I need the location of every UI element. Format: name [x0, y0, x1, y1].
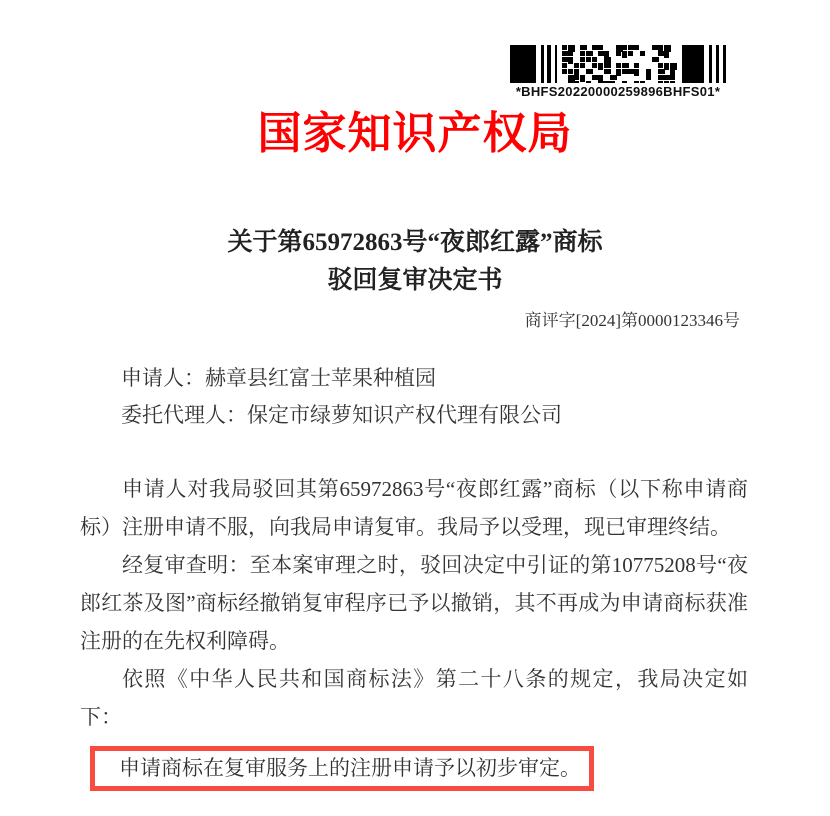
- document-title-line1: 关于第65972863号“夜郎红露”商标: [0, 224, 830, 262]
- body-paragraph-1: 申请人对我局驳回其第65972863号“夜郎红露”商标（以下称申请商标）注册申请…: [80, 470, 748, 546]
- agency-title: 国家知识产权局: [0, 106, 830, 162]
- applicant-value: 赫章县红富士苹果种植园: [205, 366, 436, 390]
- decision-highlight-box: 申请商标在复审服务上的注册申请予以初步审定。: [90, 746, 594, 791]
- parties-section: 申请人：赫章县红富士苹果种植园 委托代理人：保定市绿萝知识产权代理有限公司: [121, 360, 562, 434]
- document-title: 关于第65972863号“夜郎红露”商标 驳回复审决定书: [0, 224, 830, 300]
- barcode-graphic: [510, 45, 726, 83]
- body-paragraph-2: 经复审查明：至本案审理之时，驳回决定中引证的第10775208号“夜郎红茶及图”…: [80, 546, 748, 660]
- document-title-line2: 驳回复审决定书: [0, 262, 830, 300]
- body-paragraph-3: 依照《中华人民共和国商标法》第二十八条的规定，我局决定如下：: [80, 660, 748, 736]
- document-body: 申请人对我局驳回其第65972863号“夜郎红露”商标（以下称申请商标）注册申请…: [80, 470, 748, 791]
- applicant-label: 申请人：: [121, 366, 205, 390]
- barcode: *BHFS20220000259896BHFS01*: [500, 45, 736, 99]
- reference-number: 商评字[2024]第0000123346号: [525, 306, 740, 331]
- applicant-line: 申请人：赫章县红富士苹果种植园: [121, 360, 562, 397]
- agent-label: 委托代理人：: [121, 403, 247, 427]
- barcode-caption: *BHFS20220000259896BHFS01*: [500, 84, 736, 99]
- agent-value: 保定市绿萝知识产权代理有限公司: [247, 403, 562, 427]
- decision-text: 申请商标在复审服务上的注册申请予以初步审定。: [119, 756, 581, 780]
- document-page: *BHFS20220000259896BHFS01* 国家知识产权局 关于第65…: [0, 0, 830, 816]
- agent-line: 委托代理人：保定市绿萝知识产权代理有限公司: [121, 397, 562, 434]
